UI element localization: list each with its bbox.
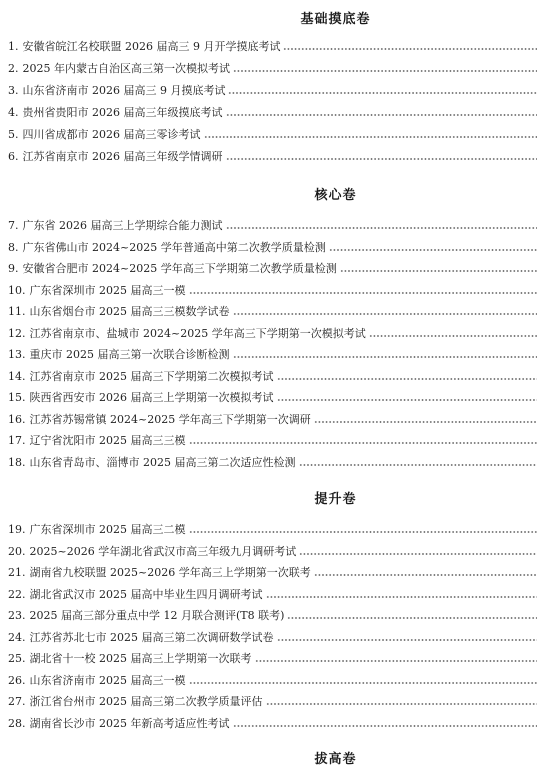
toc-item[interactable]: 26.山东省济南市 2025 届高三一模 <box>8 673 537 689</box>
dot-leader <box>189 442 537 444</box>
item-title: 贵州省贵阳市 2026 届高三年级摸底考试 <box>23 105 223 121</box>
item-number: 10. <box>8 283 26 299</box>
item-title: 重庆市 2025 届高三第一次联合诊断检测 <box>30 347 230 363</box>
item-title: 山东省烟台市 2025 届高三三模数学试卷 <box>30 304 230 320</box>
toc-item[interactable]: 14.江苏省南京市 2025 届高三下学期第二次模拟考试 <box>8 369 537 385</box>
dot-leader <box>329 249 537 251</box>
toc-item[interactable]: 4.贵州省贵阳市 2026 届高三年级摸底考试 <box>8 105 537 121</box>
toc-item[interactable]: 24.江苏省苏北七市 2025 届高三第二次调研数学试卷 <box>8 630 537 646</box>
item-title: 湖北省武汉市 2025 届高中毕业生四月调研考试 <box>30 587 263 603</box>
dot-leader <box>283 48 537 50</box>
dot-leader <box>233 313 537 315</box>
item-title: 广东省深圳市 2025 届高三二模 <box>30 522 186 538</box>
dot-leader <box>340 270 537 272</box>
toc-item[interactable]: 2.2025 年内蒙古自治区高三第一次模拟考试 <box>8 61 537 77</box>
item-number: 3. <box>8 83 19 99</box>
item-title: 江苏省南京市 2026 届高三年级学情调研 <box>23 149 223 165</box>
item-title: 辽宁省沈阳市 2025 届高三三模 <box>30 433 186 449</box>
toc-item[interactable]: 28.湖南省长沙市 2025 年新高考适应性考试 <box>8 716 537 732</box>
item-number: 6. <box>8 149 19 165</box>
dot-leader <box>228 92 537 94</box>
item-title: 江苏省南京市 2025 届高三下学期第二次模拟考试 <box>30 369 274 385</box>
dot-leader <box>233 70 537 72</box>
toc-item[interactable]: 1.安徽省皖江名校联盟 2026 届高三 9 月开学摸底考试 <box>8 39 537 55</box>
item-title: 江苏省苏北七市 2025 届高三第二次调研数学试卷 <box>30 630 274 646</box>
item-number: 23. <box>8 608 26 624</box>
item-title: 湖北省十一校 2025 届高三上学期第一次联考 <box>30 651 252 667</box>
item-title: 安徽省合肥市 2024~2025 学年高三下学期第二次教学质量检测 <box>23 261 337 277</box>
toc-item[interactable]: 21.湖南省九校联盟 2025~2026 学年高三上学期第一次联考 <box>8 565 537 581</box>
item-number: 19. <box>8 522 26 538</box>
toc-item[interactable]: 9.安徽省合肥市 2024~2025 学年高三下学期第二次教学质量检测 <box>8 261 537 277</box>
toc-item[interactable]: 10.广东省深圳市 2025 届高三一模 <box>8 283 537 299</box>
item-number: 20. <box>8 544 26 560</box>
item-number: 22. <box>8 587 26 603</box>
toc-item[interactable]: 16.江苏省苏锡常镇 2024~2025 学年高三下学期第一次调研 <box>8 412 537 428</box>
item-number: 16. <box>8 412 26 428</box>
dot-leader <box>233 356 537 358</box>
dot-leader <box>369 335 537 337</box>
dot-leader <box>255 660 537 662</box>
section-heading-elevate: 拔高卷 <box>0 748 537 767</box>
item-title: 陕西省西安市 2026 届高三上学期第一次模拟考试 <box>30 390 274 406</box>
item-number: 26. <box>8 673 26 689</box>
item-title: 2025~2026 学年湖北省武汉市高三年级九月调研考试 <box>30 544 297 560</box>
item-title: 湖南省长沙市 2025 年新高考适应性考试 <box>30 716 230 732</box>
item-number: 8. <box>8 240 19 256</box>
dot-leader <box>287 617 537 619</box>
item-number: 12. <box>8 326 26 342</box>
toc-item[interactable]: 22.湖北省武汉市 2025 届高中毕业生四月调研考试 <box>8 587 537 603</box>
toc-item[interactable]: 19.广东省深圳市 2025 届高三二模 <box>8 522 537 538</box>
toc-item[interactable]: 20.2025~2026 学年湖北省武汉市高三年级九月调研考试 <box>8 544 537 560</box>
item-title: 四川省成都市 2026 届高三零诊考试 <box>23 127 201 143</box>
dot-leader <box>314 574 537 576</box>
toc-item[interactable]: 6.江苏省南京市 2026 届高三年级学情调研 <box>8 149 537 165</box>
toc-item[interactable]: 12.江苏省南京市、盐城市 2024~2025 学年高三下学期第一次模拟考试 <box>8 326 537 342</box>
toc-item[interactable]: 18.山东省青岛市、淄博市 2025 届高三第二次适应性检测 <box>8 455 537 471</box>
dot-leader <box>299 553 537 555</box>
item-number: 13. <box>8 347 26 363</box>
dot-leader <box>189 531 537 533</box>
toc-item[interactable]: 7.广东省 2026 届高三上学期综合能力测试 <box>8 218 537 234</box>
item-number: 14. <box>8 369 26 385</box>
section-heading-advance: 提升卷 <box>0 488 537 507</box>
item-number: 18. <box>8 455 26 471</box>
toc-item[interactable]: 23.2025 届高三部分重点中学 12 月联合测评(T8 联考) <box>8 608 537 624</box>
dot-leader <box>277 399 537 401</box>
item-title: 2025 年内蒙古自治区高三第一次模拟考试 <box>23 61 231 77</box>
item-number: 4. <box>8 105 19 121</box>
item-number: 28. <box>8 716 26 732</box>
toc-item[interactable]: 27.浙江省台州市 2025 届高三第二次教学质量评估 <box>8 694 537 710</box>
toc-item[interactable]: 17.辽宁省沈阳市 2025 届高三三模 <box>8 433 537 449</box>
dot-leader <box>314 421 537 423</box>
item-number: 21. <box>8 565 26 581</box>
item-title: 江苏省南京市、盐城市 2024~2025 学年高三下学期第一次模拟考试 <box>30 326 366 342</box>
dot-leader <box>189 682 537 684</box>
item-number: 15. <box>8 390 26 406</box>
toc-item[interactable]: 15.陕西省西安市 2026 届高三上学期第一次模拟考试 <box>8 390 537 406</box>
item-title: 2025 届高三部分重点中学 12 月联合测评(T8 联考) <box>30 608 285 624</box>
item-title: 广东省佛山市 2024~2025 学年普通高中第二次教学质量检测 <box>23 240 326 256</box>
toc-item[interactable]: 3.山东省济南市 2026 届高三 9 月摸底考试 <box>8 83 537 99</box>
item-number: 9. <box>8 261 19 277</box>
item-title: 江苏省苏锡常镇 2024~2025 学年高三下学期第一次调研 <box>30 412 311 428</box>
dot-leader <box>233 725 537 727</box>
dot-leader <box>277 378 537 380</box>
dot-leader <box>204 136 537 138</box>
dot-leader <box>299 464 537 466</box>
item-number: 27. <box>8 694 26 710</box>
dot-leader <box>189 292 537 294</box>
item-title: 安徽省皖江名校联盟 2026 届高三 9 月开学摸底考试 <box>23 39 281 55</box>
item-number: 25. <box>8 651 26 667</box>
section-heading-basic: 基础摸底卷 <box>0 8 537 27</box>
toc-item[interactable]: 13.重庆市 2025 届高三第一次联合诊断检测 <box>8 347 537 363</box>
dot-leader <box>266 596 537 598</box>
item-title: 湖南省九校联盟 2025~2026 学年高三上学期第一次联考 <box>30 565 311 581</box>
item-number: 17. <box>8 433 26 449</box>
dot-leader <box>226 114 537 116</box>
item-number: 1. <box>8 39 19 55</box>
dot-leader <box>266 703 537 705</box>
section-heading-core: 核心卷 <box>0 184 537 203</box>
item-title: 广东省 2026 届高三上学期综合能力测试 <box>23 218 223 234</box>
toc-item[interactable]: 25.湖北省十一校 2025 届高三上学期第一次联考 <box>8 651 537 667</box>
item-number: 11. <box>8 304 26 320</box>
item-number: 2. <box>8 61 19 77</box>
item-number: 5. <box>8 127 19 143</box>
item-number: 7. <box>8 218 19 234</box>
dot-leader <box>277 639 537 641</box>
toc-item[interactable]: 11.山东省烟台市 2025 届高三三模数学试卷 <box>8 304 537 320</box>
item-title: 山东省济南市 2026 届高三 9 月摸底考试 <box>23 83 226 99</box>
item-number: 24. <box>8 630 26 646</box>
item-title: 广东省深圳市 2025 届高三一模 <box>30 283 186 299</box>
item-title: 山东省青岛市、淄博市 2025 届高三第二次适应性检测 <box>30 455 296 471</box>
toc-item[interactable]: 8.广东省佛山市 2024~2025 学年普通高中第二次教学质量检测 <box>8 240 537 256</box>
dot-leader <box>226 227 537 229</box>
item-title: 山东省济南市 2025 届高三一模 <box>30 673 186 689</box>
toc-item[interactable]: 5.四川省成都市 2026 届高三零诊考试 <box>8 127 537 143</box>
item-title: 浙江省台州市 2025 届高三第二次教学质量评估 <box>30 694 263 710</box>
dot-leader <box>226 158 537 160</box>
